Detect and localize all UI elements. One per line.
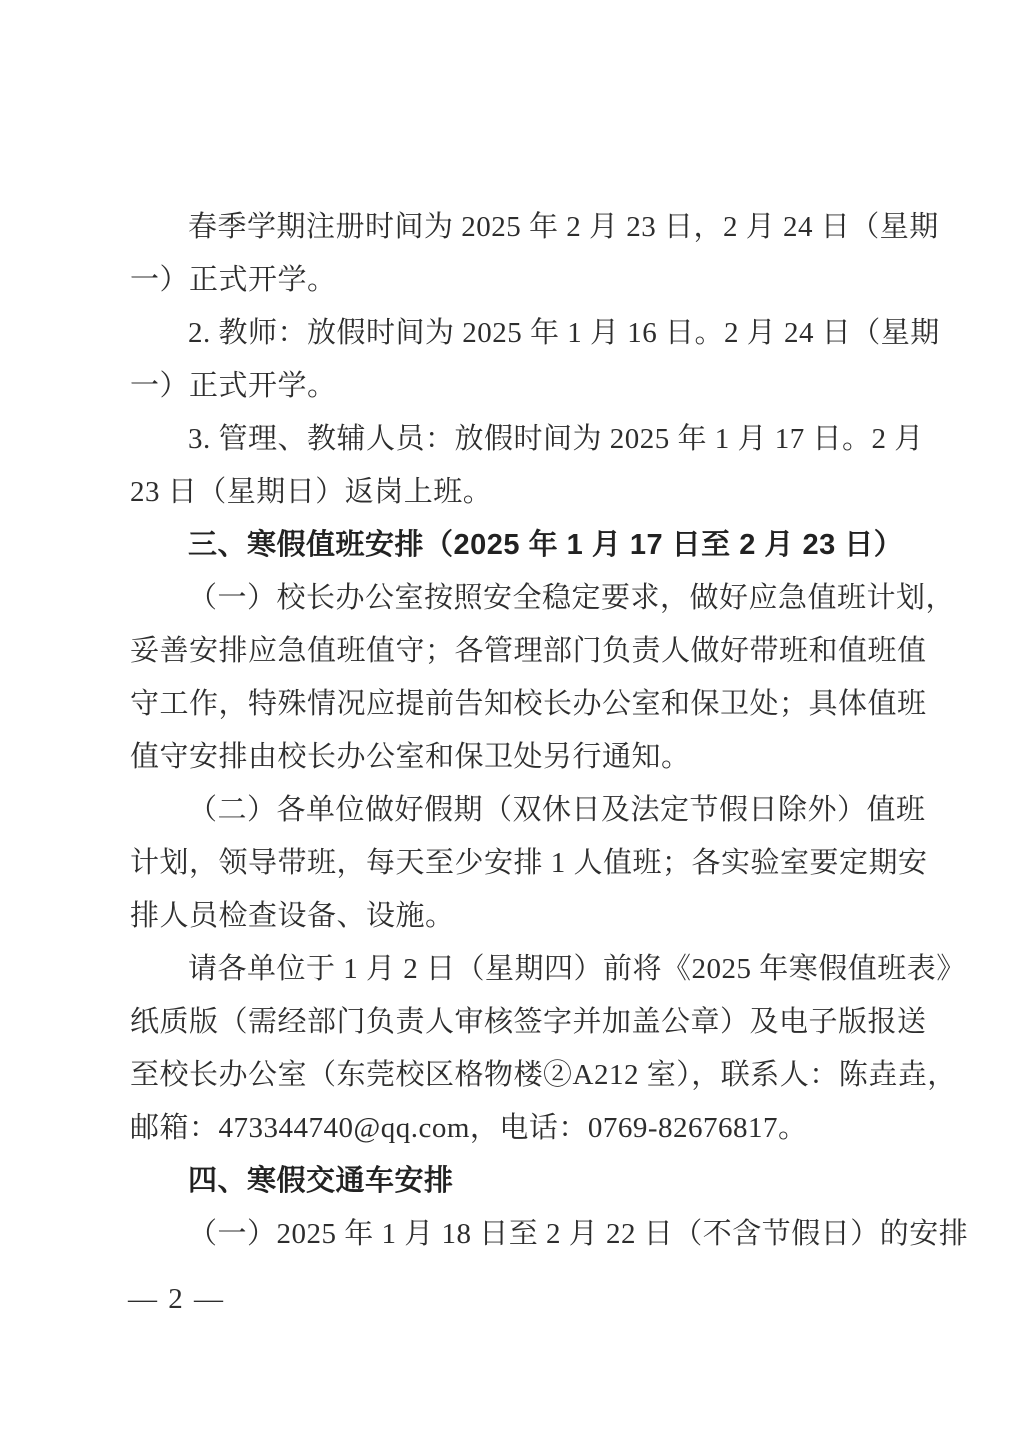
document-text-line: 计划，领导带班，每天至少安排 1 人值班；各实验室要定期安 — [130, 837, 960, 890]
document-text-line: 纸质版（需经部门负责人审核签字并加盖公章）及电子版报送 — [130, 996, 960, 1049]
document-heading-line: 四、寒假交通车安排 — [130, 1155, 960, 1208]
document-text-line: 请各单位于 1 月 2 日（星期四）前将《2025 年寒假值班表》 — [130, 943, 960, 996]
document-body: 春季学期注册时间为 2025 年 2 月 23 日，2 月 24 日（星期一）正… — [130, 201, 960, 1261]
document-text-line: 3. 管理、教辅人员：放假时间为 2025 年 1 月 17 日。2 月 — [130, 413, 960, 466]
document-text-line: 一）正式开学。 — [130, 254, 960, 307]
document-text-line: （一）2025 年 1 月 18 日至 2 月 22 日（不含节假日）的安排 — [130, 1208, 960, 1261]
document-text-line: 排人员检查设备、设施。 — [130, 890, 960, 943]
document-text-line: （一）校长办公室按照安全稳定要求，做好应急值班计划， — [130, 572, 960, 625]
document-text-line: （二）各单位做好假期（双休日及法定节假日除外）值班 — [130, 784, 960, 837]
document-text-line: 2. 教师：放假时间为 2025 年 1 月 16 日。2 月 24 日（星期 — [130, 307, 960, 360]
document-text-line: 春季学期注册时间为 2025 年 2 月 23 日，2 月 24 日（星期 — [130, 201, 960, 254]
page-number: — 2 — — [128, 1281, 225, 1317]
document-text-line: 守工作，特殊情况应提前告知校长办公室和保卫处；具体值班 — [130, 678, 960, 731]
document-text-line: 23 日（星期日）返岗上班。 — [130, 466, 960, 519]
document-heading-line: 三、寒假值班安排（2025 年 1 月 17 日至 2 月 23 日） — [130, 519, 960, 572]
document-text-line: 值守安排由校长办公室和保卫处另行通知。 — [130, 731, 960, 784]
document-text-line: 妥善安排应急值班值守；各管理部门负责人做好带班和值班值 — [130, 625, 960, 678]
document-text-line: 一）正式开学。 — [130, 360, 960, 413]
document-text-line: 邮箱：473344740@qq.com，电话：0769-82676817。 — [130, 1102, 960, 1155]
document-page: 春季学期注册时间为 2025 年 2 月 23 日，2 月 24 日（星期一）正… — [0, 0, 1024, 1448]
document-text-line: 至校长办公室（东莞校区格物楼②A212 室），联系人：陈垚垚， — [130, 1049, 960, 1102]
